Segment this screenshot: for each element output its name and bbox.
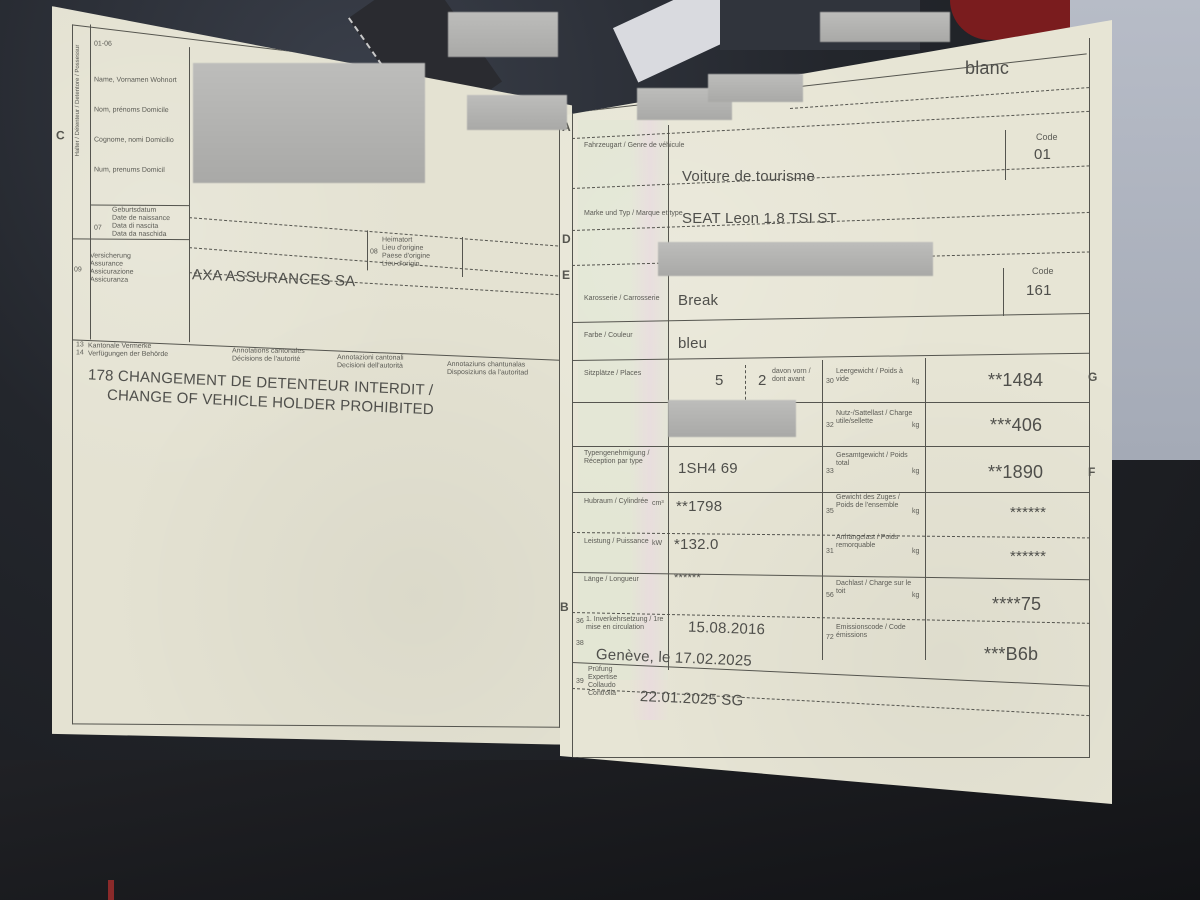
redaction-block [467, 95, 567, 130]
body-value: Break [678, 292, 718, 309]
plate-color: blanc [965, 58, 1009, 79]
vehicle-type-code: 01 [1034, 146, 1051, 163]
payload-value: ***406 [990, 415, 1042, 436]
seat-red-trim [108, 880, 114, 900]
displacement-value: **1798 [676, 498, 722, 515]
roof-load-value: ****75 [992, 594, 1041, 615]
body-code: 161 [1026, 282, 1052, 299]
color-value: bleu [678, 335, 707, 352]
power-value: *132.0 [674, 536, 719, 553]
train-weight-value: ****** [1010, 504, 1046, 521]
first-registration-value: 15.08.2016 [688, 619, 766, 639]
registration-right-page: 3 A D E B G F blanc Fahrzeugart / Genre … [560, 20, 1112, 820]
seats-value: 5 [715, 372, 724, 389]
total-weight-value: **1890 [988, 462, 1043, 483]
redaction-block [448, 12, 558, 57]
redaction-block [658, 242, 933, 276]
redaction-block [820, 12, 950, 42]
holder-side-label: Halter / Détenteur / Detentore / Possess… [74, 45, 82, 157]
redaction-block [668, 400, 796, 437]
trailer-load-value: ****** [1010, 548, 1046, 565]
front-seats-value: 2 [758, 372, 767, 389]
holder-field-label: Cognome, nomi Domicilio [94, 136, 174, 145]
type-approval-value: 1SH4 69 [678, 460, 738, 477]
holder-field-label: Name, Vornamen Wohnort [94, 76, 177, 85]
emissions-code-value: ***B6b [984, 644, 1038, 665]
field-range: 01-06 [94, 40, 112, 47]
redaction-block [193, 63, 425, 183]
holder-field-label: Num, prenums Domicil [94, 166, 165, 174]
section-letter-c: C [56, 128, 65, 142]
redaction-block [708, 74, 803, 102]
empty-weight-value: **1484 [988, 370, 1043, 391]
length-value: ****** [674, 572, 701, 584]
holder-field-label: Nom, prénoms Domicile [94, 106, 169, 115]
